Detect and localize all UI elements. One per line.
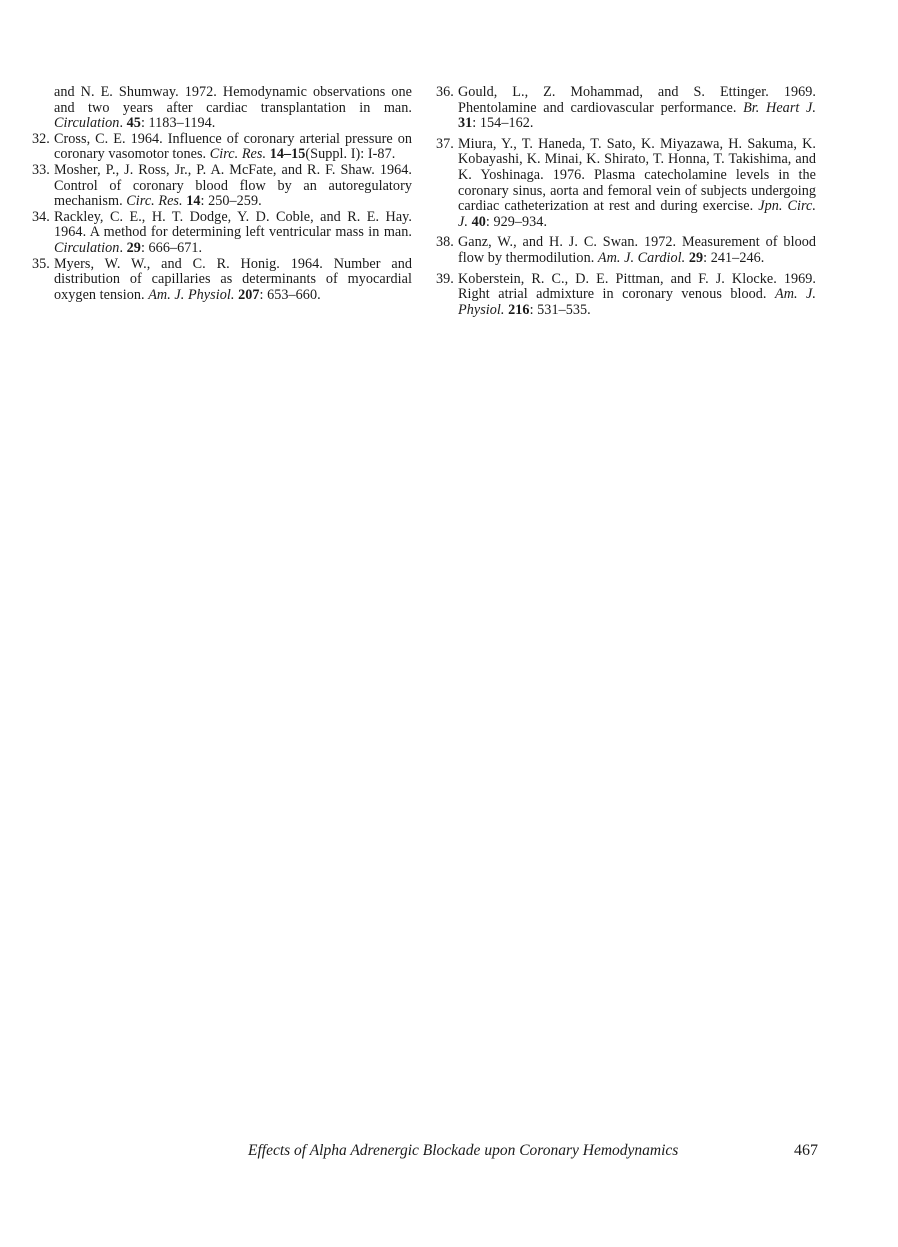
page-footer: Effects of Alpha Adrenergic Blockade upo… xyxy=(248,1142,818,1160)
running-title: Effects of Alpha Adrenergic Blockade upo… xyxy=(248,1142,678,1160)
volume: 207 xyxy=(238,287,259,303)
journal-name: Am. J. Cardiol. xyxy=(598,250,685,266)
references-left-column: and N. E. Shumway. 1972. Hemodynamic obs… xyxy=(32,85,412,303)
pages: : 241–246. xyxy=(703,250,764,266)
journal-name: Circ. Res. xyxy=(126,193,182,209)
pages: (Suppl. I): I-87. xyxy=(305,146,395,162)
reference-39: 39.Koberstein, R. C., D. E. Pittman, and… xyxy=(436,272,816,319)
pages: : 653–660. xyxy=(260,287,321,303)
reference-number: 37. xyxy=(436,137,454,153)
reference-text: Koberstein, R. C., D. E. Pittman, and F.… xyxy=(458,271,816,303)
reference-35: 35.Myers, W. W., and C. R. Honig. 1964. … xyxy=(32,257,412,304)
volume: 14–15 xyxy=(270,146,306,162)
page-number: 467 xyxy=(794,1142,818,1160)
references-right-column: 36.Gould, L., Z. Mohammad, and S. Etting… xyxy=(436,85,816,323)
reference-38: 38.Ganz, W., and H. J. C. Swan. 1972. Me… xyxy=(436,235,816,266)
pages: : 666–671. xyxy=(141,240,202,256)
volume: 29 xyxy=(127,240,141,256)
journal-name: Br. Heart J. xyxy=(743,100,816,116)
journal-name: Circulation xyxy=(54,115,119,131)
reference-number: 33. xyxy=(32,163,50,179)
separator: . xyxy=(119,115,126,131)
pages: : 929–934. xyxy=(486,214,547,230)
reference-32: 32.Cross, C. E. 1964. Influence of coron… xyxy=(32,132,412,163)
volume: 45 xyxy=(127,115,141,131)
reference-number: 32. xyxy=(32,132,50,148)
reference-34: 34.Rackley, C. E., H. T. Dodge, Y. D. Co… xyxy=(32,210,412,257)
separator: . xyxy=(119,240,126,256)
reference-36: 36.Gould, L., Z. Mohammad, and S. Etting… xyxy=(436,85,816,132)
volume: 29 xyxy=(689,250,703,266)
volume: 14 xyxy=(186,193,200,209)
reference-continuation: and N. E. Shumway. 1972. Hemodynamic obs… xyxy=(32,85,412,132)
volume: 31 xyxy=(458,115,472,131)
pages: : 1183–1194. xyxy=(141,115,215,131)
reference-37: 37.Miura, Y., T. Haneda, T. Sato, K. Miy… xyxy=(436,137,816,231)
pages: : 250–259. xyxy=(201,193,262,209)
journal-name: Circ. Res. xyxy=(210,146,266,162)
reference-number: 35. xyxy=(32,257,50,273)
journal-name: Am. J. Physiol. xyxy=(148,287,234,303)
reference-number: 39. xyxy=(436,272,454,288)
reference-text: and N. E. Shumway. 1972. Hemodynamic obs… xyxy=(54,84,412,116)
journal-name: Circulation xyxy=(54,240,119,256)
reference-number: 34. xyxy=(32,210,50,226)
reference-number: 38. xyxy=(436,235,454,251)
volume: 216 xyxy=(508,302,529,318)
pages: : 531–535. xyxy=(530,302,591,318)
reference-text: Rackley, C. E., H. T. Dodge, Y. D. Coble… xyxy=(54,209,412,241)
volume: 40 xyxy=(472,214,486,230)
reference-33: 33.Mosher, P., J. Ross, Jr., P. A. McFat… xyxy=(32,163,412,210)
pages: : 154–162. xyxy=(472,115,533,131)
reference-number: 36. xyxy=(436,85,454,101)
